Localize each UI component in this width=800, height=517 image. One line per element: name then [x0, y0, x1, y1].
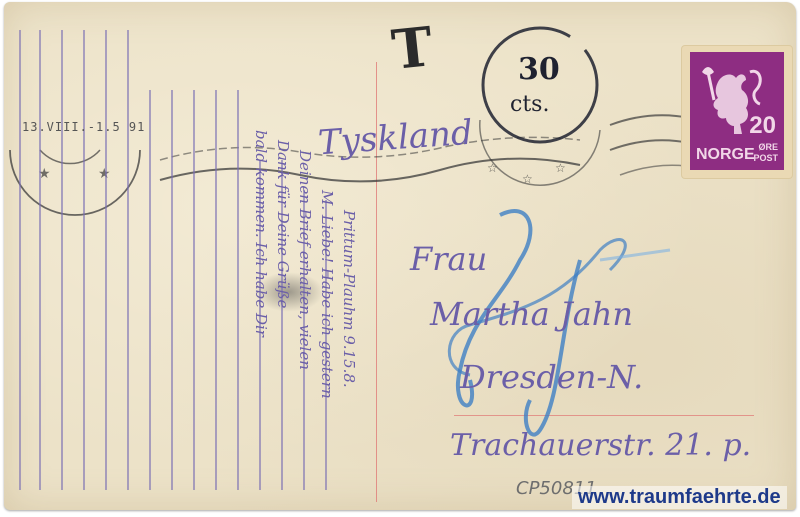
postage-due-currency: cts.	[510, 92, 549, 117]
address-recipient: Martha Jahn	[430, 295, 633, 333]
postage-stamp: 20 ØRE POST NORGE	[682, 46, 792, 178]
stamp-country: NORGE	[696, 146, 755, 164]
left-postmark-date: 13.VIII.-1.5 91	[22, 120, 145, 134]
message-line: bald kommen. Ich habe Dir	[252, 130, 270, 337]
address-city: Dresden-N.	[460, 358, 643, 396]
svg-text:☆: ☆	[487, 161, 498, 175]
stamp-value: 20	[749, 112, 776, 140]
stamp-post: POST	[753, 153, 778, 163]
watermark-link[interactable]: www.traumfaehrte.de	[572, 486, 787, 509]
stamp-unit: ØRE	[758, 142, 778, 152]
message-line: M. Liebe! Habe ich gestern	[318, 190, 336, 399]
postage-due-amount: 30	[518, 52, 560, 87]
message-dateline: Prittum-Plauhm 9.15.8.	[340, 210, 358, 388]
svg-text:☆: ☆	[555, 161, 566, 175]
svg-text:★: ★	[98, 166, 111, 182]
message-line: Dank für Deine Grüße	[274, 140, 292, 308]
svg-text:☆: ☆	[522, 172, 533, 186]
stamp-design: 20 ØRE POST NORGE	[690, 52, 784, 170]
tax-t-mark: T	[389, 14, 436, 82]
address-salutation: Frau	[410, 240, 487, 278]
message-line: Deinen Brief erhalten, vielen	[296, 150, 314, 370]
address-street: Trachauerstr. 21. p.	[450, 428, 751, 463]
